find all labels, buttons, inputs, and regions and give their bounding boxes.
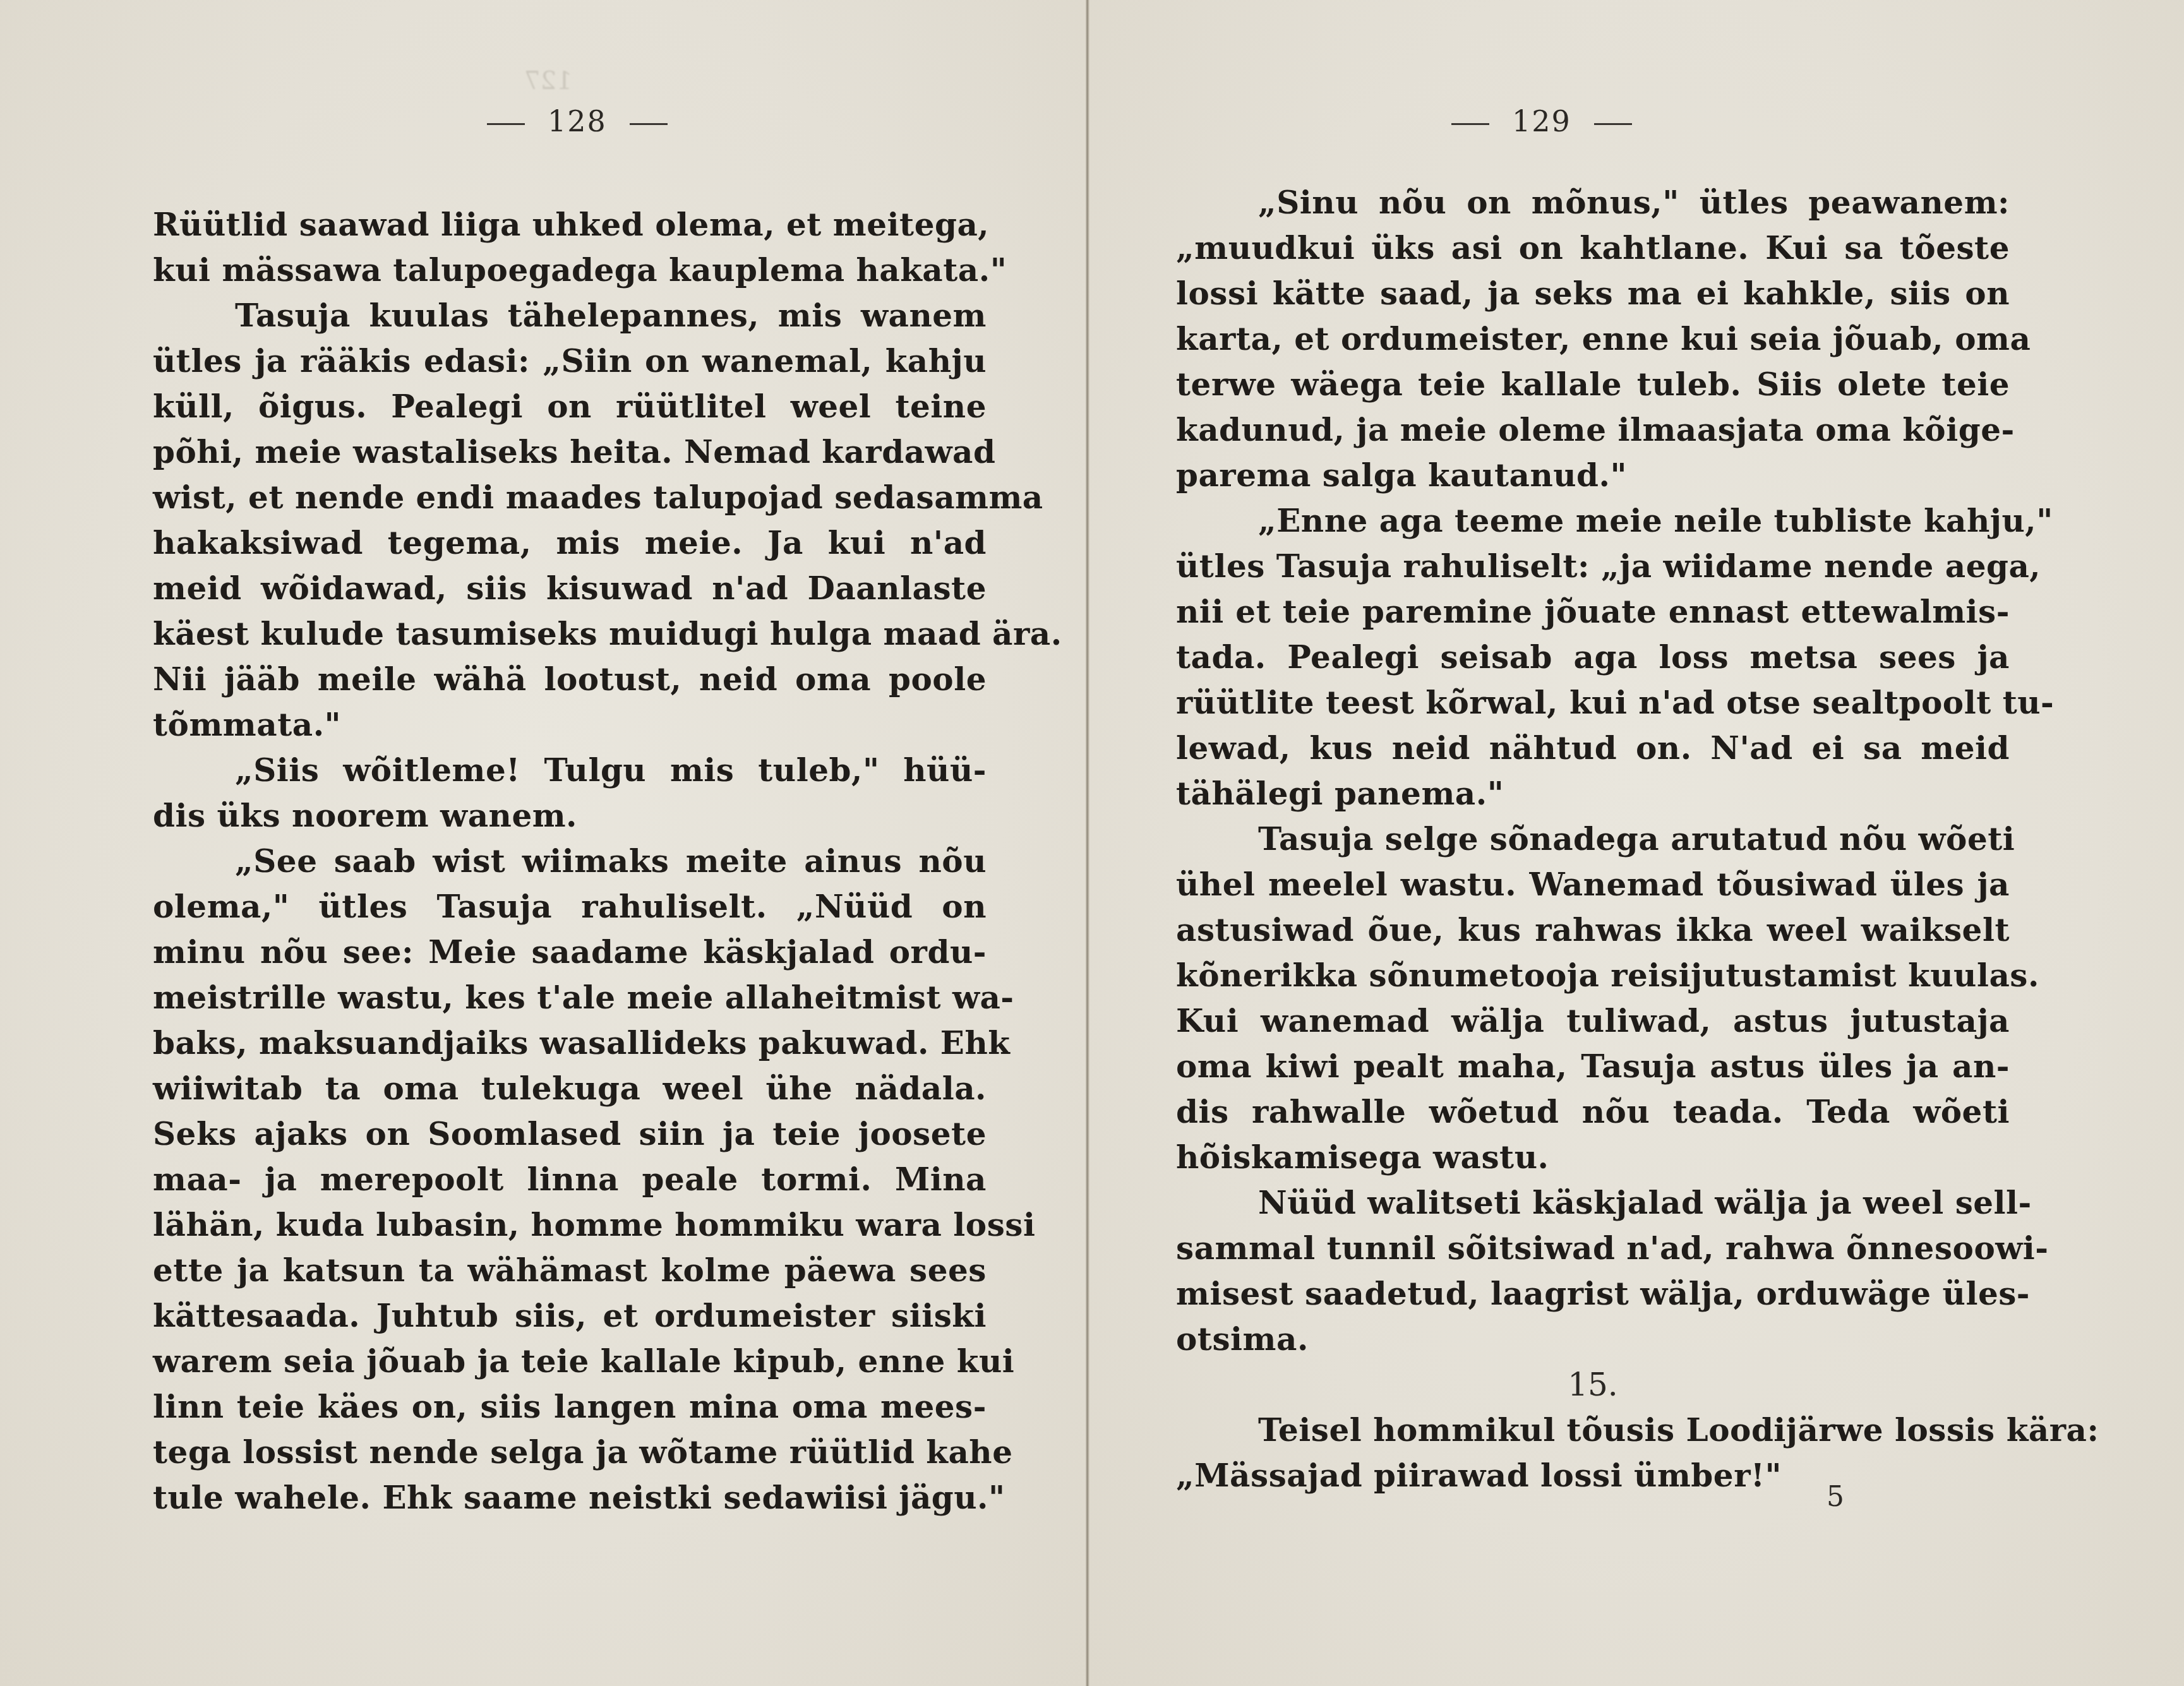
text-line: „muudkui üks asi on kahtlane. Kui sa tõe… bbox=[1176, 225, 2010, 271]
paragraph-start: „See saab wist wiimaks meite ainus nõu bbox=[153, 839, 987, 884]
right-page: 129 „Sinu nõu on mõnus," ütles peawanem:… bbox=[1088, 0, 2184, 1686]
text-line: parema salga kautanud." bbox=[1176, 453, 2010, 498]
text-line: ütles ja rääkis edasi: „Siin on wanemal,… bbox=[153, 338, 987, 384]
text-line: warem seia jõuab ja teie kallale kipub, … bbox=[153, 1339, 987, 1384]
text-line: maa- ja merepoolt linna peale tormi. Min… bbox=[153, 1157, 987, 1202]
text-line: misest saadetud, laagrist wälja, orduwäg… bbox=[1176, 1271, 2010, 1317]
text-line: Kui wanemad wälja tuliwad, astus jutusta… bbox=[1176, 998, 2010, 1044]
text-line: käest kulude tasumiseks muidugi hulga ma… bbox=[153, 611, 987, 657]
text-line: küll, õigus. Pealegi on rüütlitel weel t… bbox=[153, 384, 987, 429]
bleed-through-page-number: 127 bbox=[524, 66, 572, 95]
text-line: tule wahele. Ehk saame neistki sedawiisi… bbox=[153, 1475, 987, 1521]
text-line: tähälegi panema." bbox=[1176, 771, 2010, 816]
text-line: wist, et nende endi maades talupojad sed… bbox=[153, 475, 987, 520]
text-line: olema," ütles Tasuja rahuliselt. „Nüüd o… bbox=[153, 884, 987, 930]
paragraph-start: „Enne aga teeme meie neile tubliste kahj… bbox=[1176, 498, 2010, 544]
text-line: minu nõu see: Meie saadame käskjalad ord… bbox=[153, 930, 987, 975]
text-line: Rüütlid saawad liiga uhked olema, et mei… bbox=[153, 202, 987, 248]
signature-mark: 5 bbox=[1827, 1481, 1844, 1513]
text-line: rüütlite teest kõrwal, kui n'ad otse sea… bbox=[1176, 680, 2010, 726]
text-line: karta, et ordumeister, enne kui seia jõu… bbox=[1176, 316, 2010, 362]
book-spread: 127 128 Rüütlid saawad liiga uhked olema… bbox=[0, 0, 2184, 1686]
text-line: „Mässajad piirawad lossi ümber!" bbox=[1176, 1453, 2010, 1498]
text-line: hõiskamisega wastu. bbox=[1176, 1135, 2010, 1180]
page-number-right: 129 bbox=[1429, 104, 1655, 138]
dash-decoration bbox=[1451, 123, 1489, 125]
text-line: terwe wäega teie kallale tuleb. Siis ole… bbox=[1176, 362, 2010, 407]
page-number-value: 129 bbox=[1512, 104, 1571, 138]
paragraph-start: „Siis wõitleme! Tulgu mis tuleb," hüü- bbox=[153, 748, 987, 793]
text-line: Seks ajaks on Soomlased siin ja teie joo… bbox=[153, 1111, 987, 1157]
page-number-value: 128 bbox=[548, 104, 607, 138]
text-line: lewad, kus neid nähtud on. N'ad ei sa me… bbox=[1176, 726, 2010, 771]
text-line: wiiwitab ta oma tulekuga weel ühe nädala… bbox=[153, 1066, 987, 1111]
text-line: tega lossist nende selga ja wõtame rüütl… bbox=[153, 1430, 987, 1475]
paragraph-start: „Sinu nõu on mõnus," ütles peawanem: bbox=[1176, 180, 2010, 225]
text-line: ette ja katsun ta wähämast kolme päewa s… bbox=[153, 1248, 987, 1293]
paragraph-start: Teisel hommikul tõusis Loodijärwe lossis… bbox=[1176, 1408, 2010, 1453]
text-line: tõmmata." bbox=[153, 702, 987, 748]
dash-decoration bbox=[487, 123, 525, 125]
text-line: otsima. bbox=[1176, 1317, 2010, 1362]
text-line: kadunud, ja meie oleme ilmaasjata oma kõ… bbox=[1176, 407, 2010, 453]
text-line: tada. Pealegi seisab aga loss metsa sees… bbox=[1176, 635, 2010, 680]
book-gutter bbox=[1086, 0, 1089, 1686]
paragraph-start: Tasuja selge sõnadega arutatud nõu wõeti bbox=[1176, 816, 2010, 862]
text-line: nii et teie paremine jõuate ennast ettew… bbox=[1176, 589, 2010, 635]
text-line: lähän, kuda lubasin, homme hommiku wara … bbox=[153, 1202, 987, 1248]
text-line: ühel meelel wastu. Wanemad tõusiwad üles… bbox=[1176, 862, 2010, 907]
paragraph-start: Tasuja kuulas tähelepannes, mis wanem bbox=[153, 293, 987, 338]
text-line: oma kiwi pealt maha, Tasuja astus üles j… bbox=[1176, 1044, 2010, 1089]
text-line: dis rahwalle wõetud nõu teada. Teda wõet… bbox=[1176, 1089, 2010, 1135]
right-text-block: „Sinu nõu on mõnus," ütles peawanem: „mu… bbox=[1176, 180, 2010, 1498]
text-line: ütles Tasuja rahuliselt: „ja wiidame nen… bbox=[1176, 544, 2010, 589]
text-line: hakaksiwad tegema, mis meie. Ja kui n'ad bbox=[153, 520, 987, 566]
text-line: põhi, meie wastaliseks heita. Nemad kard… bbox=[153, 429, 987, 475]
text-line: sammal tunnil sõitsiwad n'ad, rahwa õnne… bbox=[1176, 1226, 2010, 1271]
left-text-block: Rüütlid saawad liiga uhked olema, et mei… bbox=[153, 202, 987, 1521]
text-line: kui mässawa talupoegadega kauplema hakat… bbox=[153, 248, 987, 293]
page-number-left: 128 bbox=[464, 104, 690, 138]
text-line: kättesaada. Juhtub siis, et ordumeister … bbox=[153, 1293, 987, 1339]
text-line: Nii jääb meile wähä lootust, neid oma po… bbox=[153, 657, 987, 702]
text-line: meid wõidawad, siis kisuwad n'ad Daanlas… bbox=[153, 566, 987, 611]
left-page: 127 128 Rüütlid saawad liiga uhked olema… bbox=[0, 0, 1088, 1686]
chapter-number: 15. bbox=[1176, 1362, 2010, 1408]
text-line: lossi kätte saad, ja seks ma ei kahkle, … bbox=[1176, 271, 2010, 316]
dash-decoration bbox=[630, 123, 668, 125]
text-line: kõnerikka sõnumetooja reisijutustamist k… bbox=[1176, 953, 2010, 998]
text-line: meistrille wastu, kes t'ale meie allahei… bbox=[153, 975, 987, 1020]
paragraph-start: Nüüd walitseti käskjalad wälja ja weel s… bbox=[1176, 1180, 2010, 1226]
text-line: baks, maksuandjaiks wasallideks pakuwad.… bbox=[153, 1020, 987, 1066]
text-line: dis üks noorem wanem. bbox=[153, 793, 987, 839]
text-line: linn teie käes on, siis langen mina oma … bbox=[153, 1384, 987, 1430]
text-line: astusiwad õue, kus rahwas ikka weel waik… bbox=[1176, 907, 2010, 953]
dash-decoration bbox=[1594, 123, 1632, 125]
